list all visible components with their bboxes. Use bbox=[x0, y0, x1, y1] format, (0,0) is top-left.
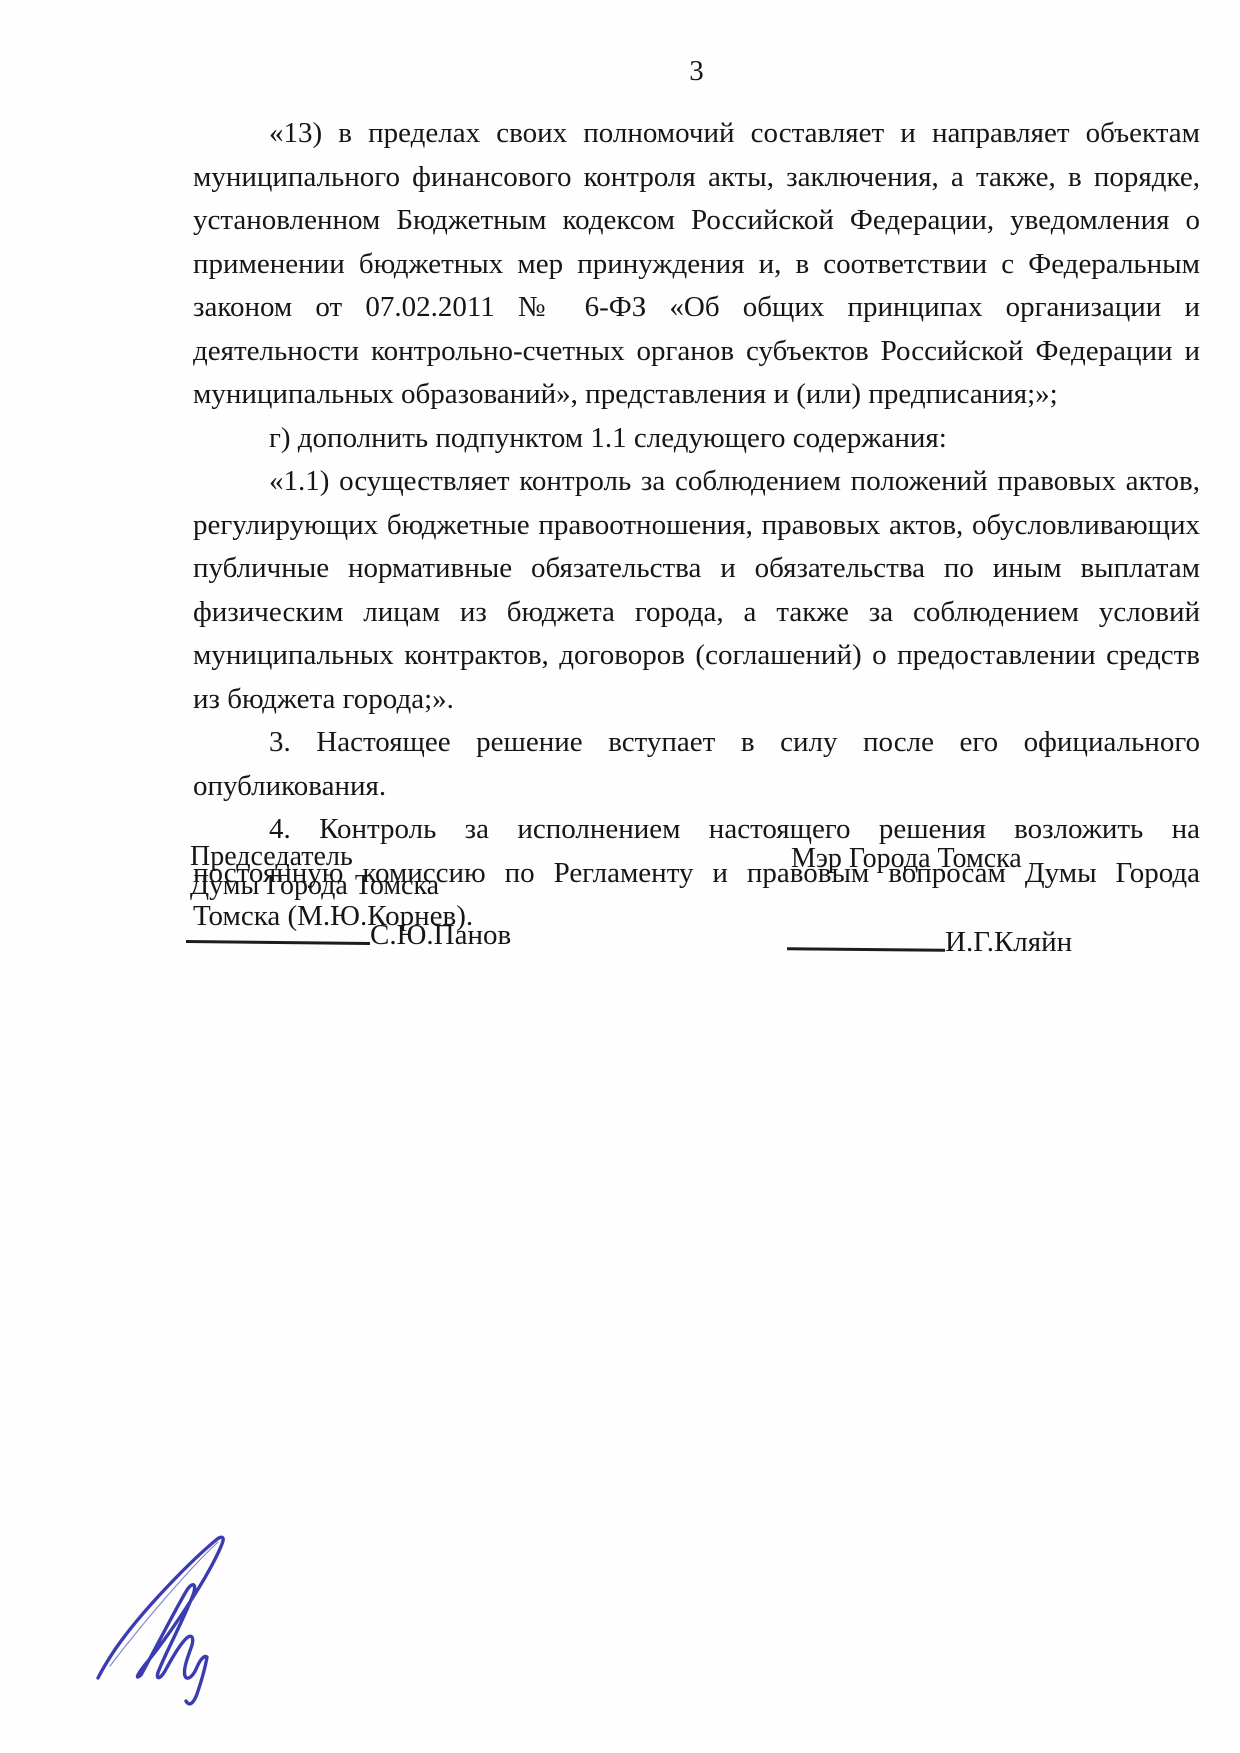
handwritten-signature-stroke bbox=[98, 1537, 223, 1704]
paragraph-13-amendment: «13) в пределах своих полномочий составл… bbox=[193, 112, 1200, 417]
handwritten-signature-icon bbox=[90, 1528, 240, 1713]
paragraph-1-1-control: «1.1) осуществляет контроль за соблюдени… bbox=[193, 460, 1200, 721]
signatory-name-mayor: И.Г.Кляйн bbox=[945, 926, 1072, 958]
signature-line-mayor bbox=[787, 943, 945, 951]
scanned-document-page: 3 «13) в пределах своих полномочий соста… bbox=[0, 0, 1240, 1753]
signatory-title-mayor: Мэр Города Томска bbox=[791, 844, 1022, 873]
signature-row-chairman: С.Ю.Панов bbox=[186, 918, 511, 952]
signatory-title-chairman: Председатель Думы Города Томска bbox=[190, 842, 439, 900]
signature-line-chairman bbox=[186, 936, 370, 945]
handwritten-signature-hairline bbox=[110, 1542, 218, 1666]
document-body: «13) в пределах своих полномочий составл… bbox=[193, 112, 1200, 939]
paragraph-3-entry-into-force: 3. Настоящее решение вступает в силу пос… bbox=[193, 721, 1200, 808]
signatory-name-chairman: С.Ю.Панов bbox=[370, 919, 511, 951]
page-number: 3 bbox=[193, 54, 1200, 88]
signature-row-mayor: И.Г.Кляйн bbox=[787, 925, 1072, 959]
paragraph-g-subitem: г) дополнить подпунктом 1.1 следующего с… bbox=[193, 417, 1200, 461]
